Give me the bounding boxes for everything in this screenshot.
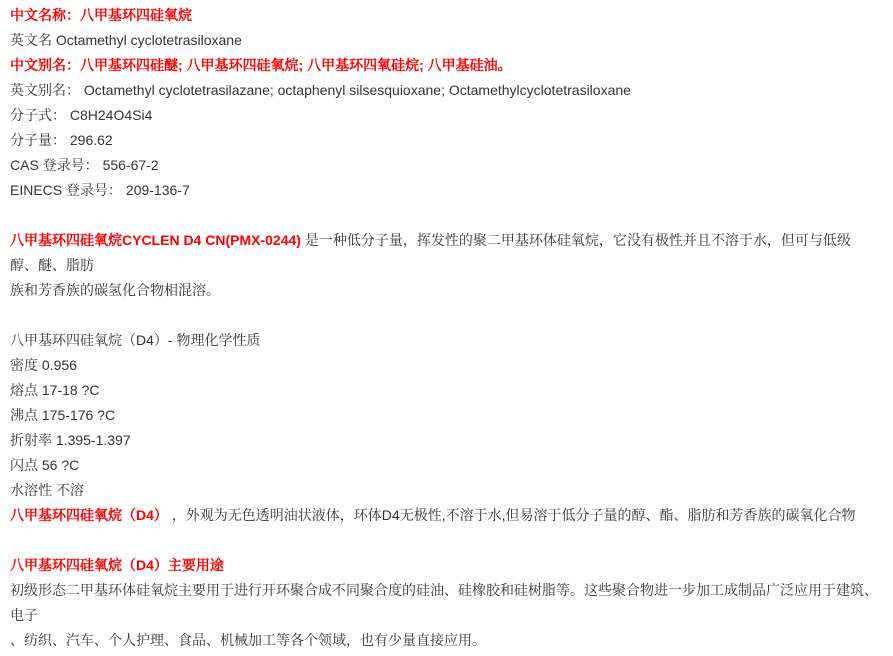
description-line-3: 族和芳香族的碳氢化合物相混溶。 [10, 278, 885, 303]
description-text: 是一种低分子量，挥发性的聚二甲基环体硅氧烷，它没有极性并且不溶于水，但可与低级 [301, 232, 851, 248]
cn-alias-line: 中文别名：八甲基环四硅醚; 八甲基环四硅氧烷; 八甲基环四氧硅烷; 八甲基硅油。 [10, 53, 885, 78]
blank-line [10, 303, 885, 328]
en-name-line: 英文名 Octamethyl cyclotetrasiloxane [10, 28, 885, 53]
appearance-line: 八甲基环四硅氧烷（D4） ，外观为无色透明油状液体，环体D4无极性,不溶于水,但… [10, 503, 885, 528]
description-line-2: 醇、醚、脂肪 [10, 253, 885, 278]
properties-title-line: 八甲基环四硅氧烷（D4）- 物理化学性质 [10, 328, 885, 353]
en-alias-line: 英文别名： Octamethyl cyclotetrasilazane; oct… [10, 78, 885, 103]
blank-line [10, 203, 885, 228]
boiling-point-line: 沸点 175-176 ?C [10, 403, 885, 428]
appearance-text: ，外观为无色透明油状液体，环体D4无极性,不溶于水,但易溶于低分子量的醇、酯、脂… [168, 507, 856, 523]
uses-line-3: 、纺织、汽车、个人护理、食品、机械加工等各个领域，也有少量直接应用。 [10, 628, 885, 653]
einecs-number-line: EINECS 登录号： 209-136-7 [10, 178, 885, 203]
blank-line [10, 528, 885, 553]
chemical-product-document: 中文名称：八甲基环四硅氧烷 英文名 Octamethyl cyclotetras… [0, 0, 893, 653]
water-solubility-line: 水溶性 不溶 [10, 478, 885, 503]
refractive-index-line: 折射率 1.395-1.397 [10, 428, 885, 453]
molecular-weight-line: 分子量： 296.62 [10, 128, 885, 153]
description-product-highlight: 八甲基环四硅氧烷CYCLEN D4 CN(PMX-0244) [10, 232, 301, 248]
cas-number-line: CAS 登录号： 556-67-2 [10, 153, 885, 178]
appearance-product-highlight: 八甲基环四硅氧烷（D4） [10, 507, 168, 523]
density-line: 密度 0.956 [10, 353, 885, 378]
uses-title-line: 八甲基环四硅氧烷（D4）主要用途 [10, 553, 885, 578]
uses-line-2: 电子 [10, 603, 885, 628]
flash-point-line: 闪点 56 ?C [10, 453, 885, 478]
melting-point-line: 熔点 17-18 ?C [10, 378, 885, 403]
cn-name-line: 中文名称：八甲基环四硅氧烷 [10, 3, 885, 28]
uses-line-1: 初级形态二甲基环体硅氧烷主要用于进行开环聚合成不同聚合度的硅油、硅橡胶和硅树脂等… [10, 578, 885, 603]
description-line-1: 八甲基环四硅氧烷CYCLEN D4 CN(PMX-0244) 是一种低分子量，挥… [10, 228, 885, 253]
molecular-formula-line: 分子式： C8H24O4Si4 [10, 103, 885, 128]
